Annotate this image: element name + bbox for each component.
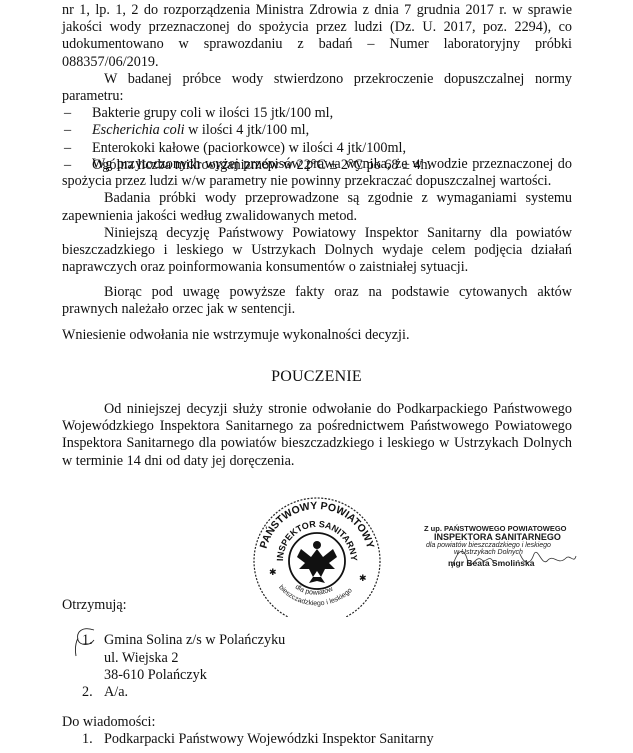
for-information-label: Do wiadomości: (62, 714, 155, 732)
appeal-note-section: Wniesienie odwołania nie wstrzymuje wyko… (62, 327, 572, 344)
decision-paragraph: Niniejszą decyzję Państwowy Powiatowy In… (62, 225, 572, 277)
recipient-item-1: 1.Gmina Solina z/s w Polańczyku ul. Wiej… (82, 632, 285, 685)
stamp-seal-icon: PAŃSTWOWY POWIATOWY INSPEKTOR SANITARNY … (243, 497, 389, 617)
intro-text: nr 1, lp. 1, 2 do rozporządzenia Ministr… (62, 2, 572, 71)
instruction-section: Od niniejszej decyzji służy stronie odwo… (62, 401, 572, 470)
document-page: nr 1, lp. 1, 2 do rozporządzenia Ministr… (0, 0, 633, 753)
for-information-item-1: 1.Podkarpacki Państwowy Wojewódzki Inspe… (82, 731, 434, 749)
recipient-item-2: 2.A/a. (82, 684, 128, 702)
recipient-city: 38-610 Polańczyk (104, 667, 207, 683)
recipients-label: Otrzymują: (62, 597, 127, 615)
recipient-name: Gmina Solina z/s w Polańczyku (104, 632, 285, 648)
svg-text:✱: ✱ (359, 573, 367, 583)
regulations-paragraph: Wg przytoczonych wyżej przepisów prawa w… (62, 156, 572, 190)
considering-paragraph: Biorąc pod uwagę powyższe fakty oraz na … (62, 284, 572, 318)
signature-block: Z up. PAŃSTWOWEGO POWIATOWEGO INSPEKTORA… (424, 524, 584, 576)
recipient-street: ul. Wiejska 2 (104, 650, 178, 666)
regulations-section: Wg przytoczonych wyżej przepisów prawa w… (62, 156, 572, 276)
quality-paragraph: Badania próbki wody przeprowadzone są zg… (62, 190, 572, 224)
exceedance-intro: W badanej próbce wody stwierdzono przekr… (62, 71, 572, 105)
list-item: –Enterokoki kałowe (paciorkowce) w ilośc… (62, 140, 572, 157)
instruction-paragraph: Od niniejszej decyzji służy stronie odwo… (62, 401, 572, 470)
instruction-heading: POUCZENIE (0, 368, 633, 386)
handwritten-signature-icon (424, 524, 584, 576)
considering-section: Biorąc pod uwagę powyższe fakty oraz na … (62, 284, 572, 318)
intro-paragraph: nr 1, lp. 1, 2 do rozporządzenia Ministr… (62, 2, 572, 174)
eagle-icon (297, 541, 337, 583)
list-item: –Bakterie grupy coli w ilości 15 jtk/100… (62, 105, 572, 122)
svg-text:✱: ✱ (269, 567, 277, 577)
list-item: –Escherichia coli w ilości 4 jtk/100 ml, (62, 122, 572, 139)
official-stamp: PAŃSTWOWY POWIATOWY INSPEKTOR SANITARNY … (243, 497, 389, 617)
appeal-note: Wniesienie odwołania nie wstrzymuje wyko… (62, 327, 572, 344)
